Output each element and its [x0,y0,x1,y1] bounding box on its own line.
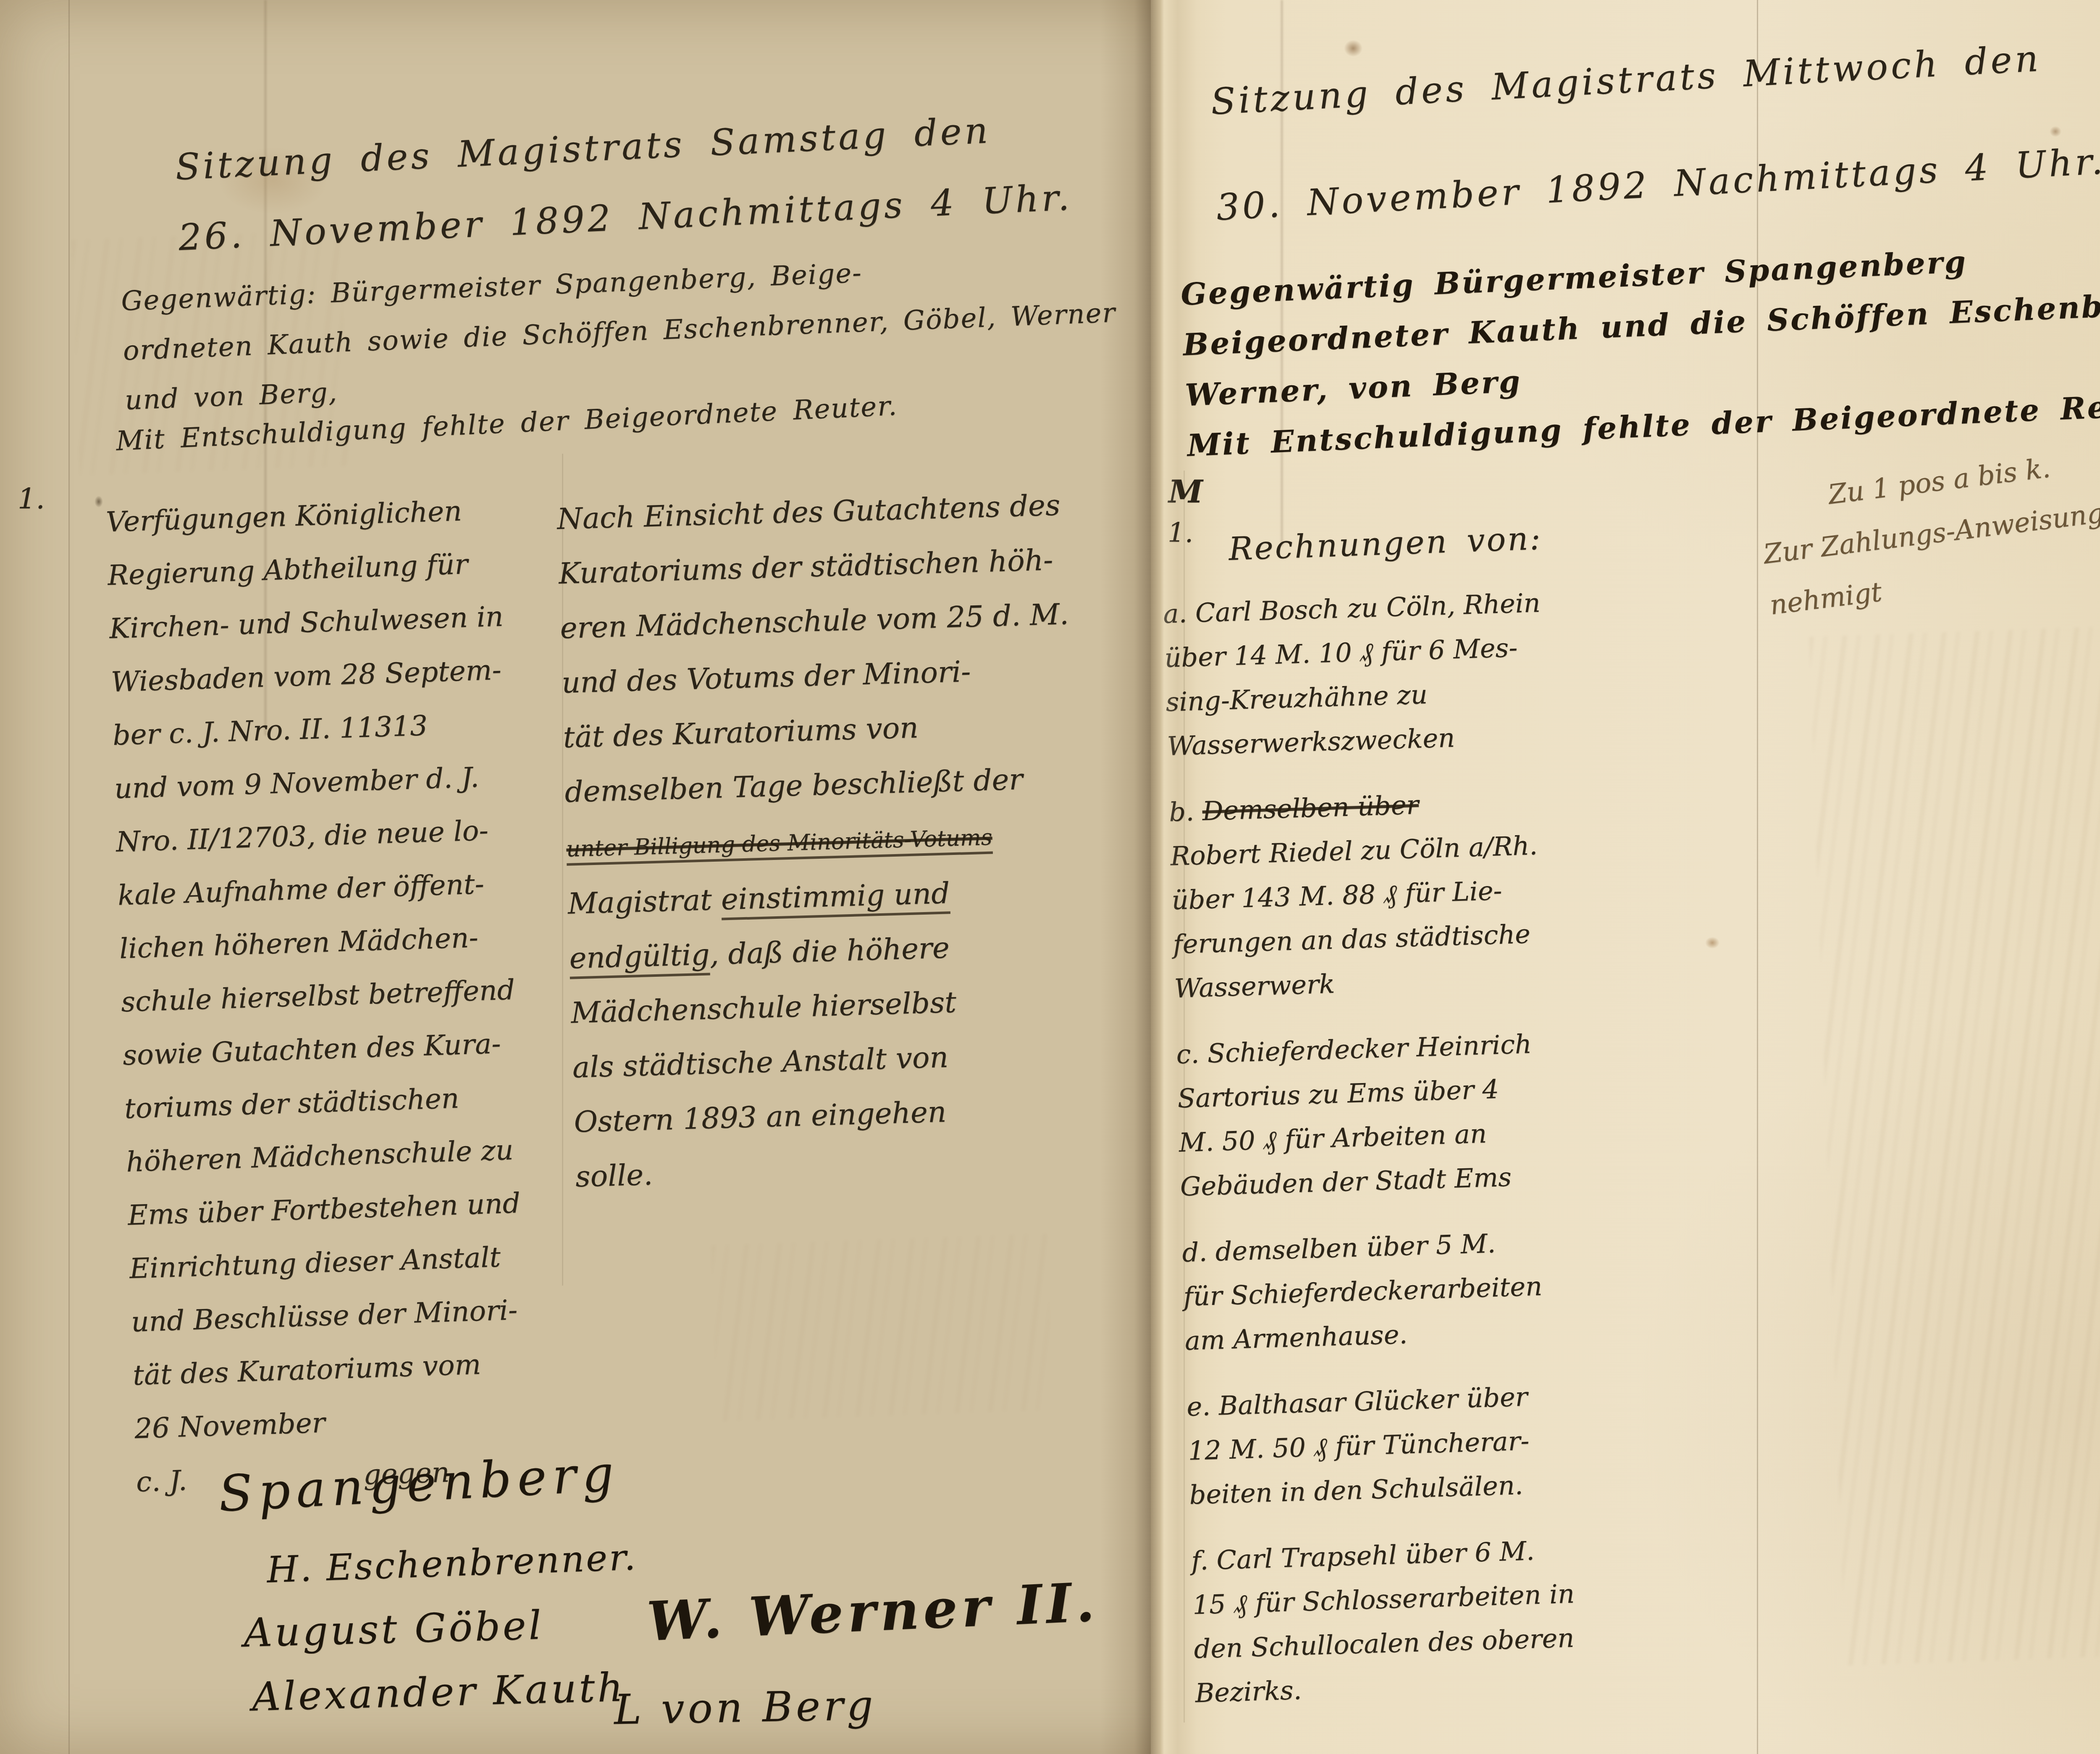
signature-von-berg: L von Berg [614,1682,877,1734]
invoice-item: c. Schieferdecker HeinrichSartorius zu E… [1176,1013,1836,1209]
signature-goebel: August Göbel [243,1603,544,1657]
agenda-text-column: Verfügungen KöniglichenRegierung Abtheil… [105,481,582,1509]
ink-bleedthrough [711,1233,1053,1422]
margin-rule [68,0,70,1754]
manuscript-scan: Sitzung des Magistrats Samstag den26. No… [0,0,2100,1754]
invoice-item: a. Carl Bosch zu Cöln, Rheinüber 14 M. 1… [1163,572,1823,768]
agenda-item-number-left: 1. [18,482,45,515]
invoice-item: d. demselben über 5 M.für Schieferdecker… [1181,1211,1840,1363]
ink-bleedthrough [1809,624,2100,1665]
signature-kauth: Alexander Kauth [252,1665,626,1720]
invoice-item: f. Carl Trapsehl über 6 M.15 ₰ für Schlo… [1191,1519,1851,1715]
invoice-item: b. Demselben überRobert Riedel zu Cöln a… [1168,770,1830,1010]
resolution-column: Nach Einsicht des Gutachtens desKuratori… [556,476,1143,1204]
agenda-item-number-right: 1. [1168,518,1193,549]
stray-ink-mark: M [1168,474,1203,510]
invoice-item: e. Balthasar Glücker über12 M. 50 ₰ für … [1186,1365,1845,1517]
invoice-list: a. Carl Bosch zu Cöln, Rheinüber 14 M. 1… [1163,572,1851,1737]
